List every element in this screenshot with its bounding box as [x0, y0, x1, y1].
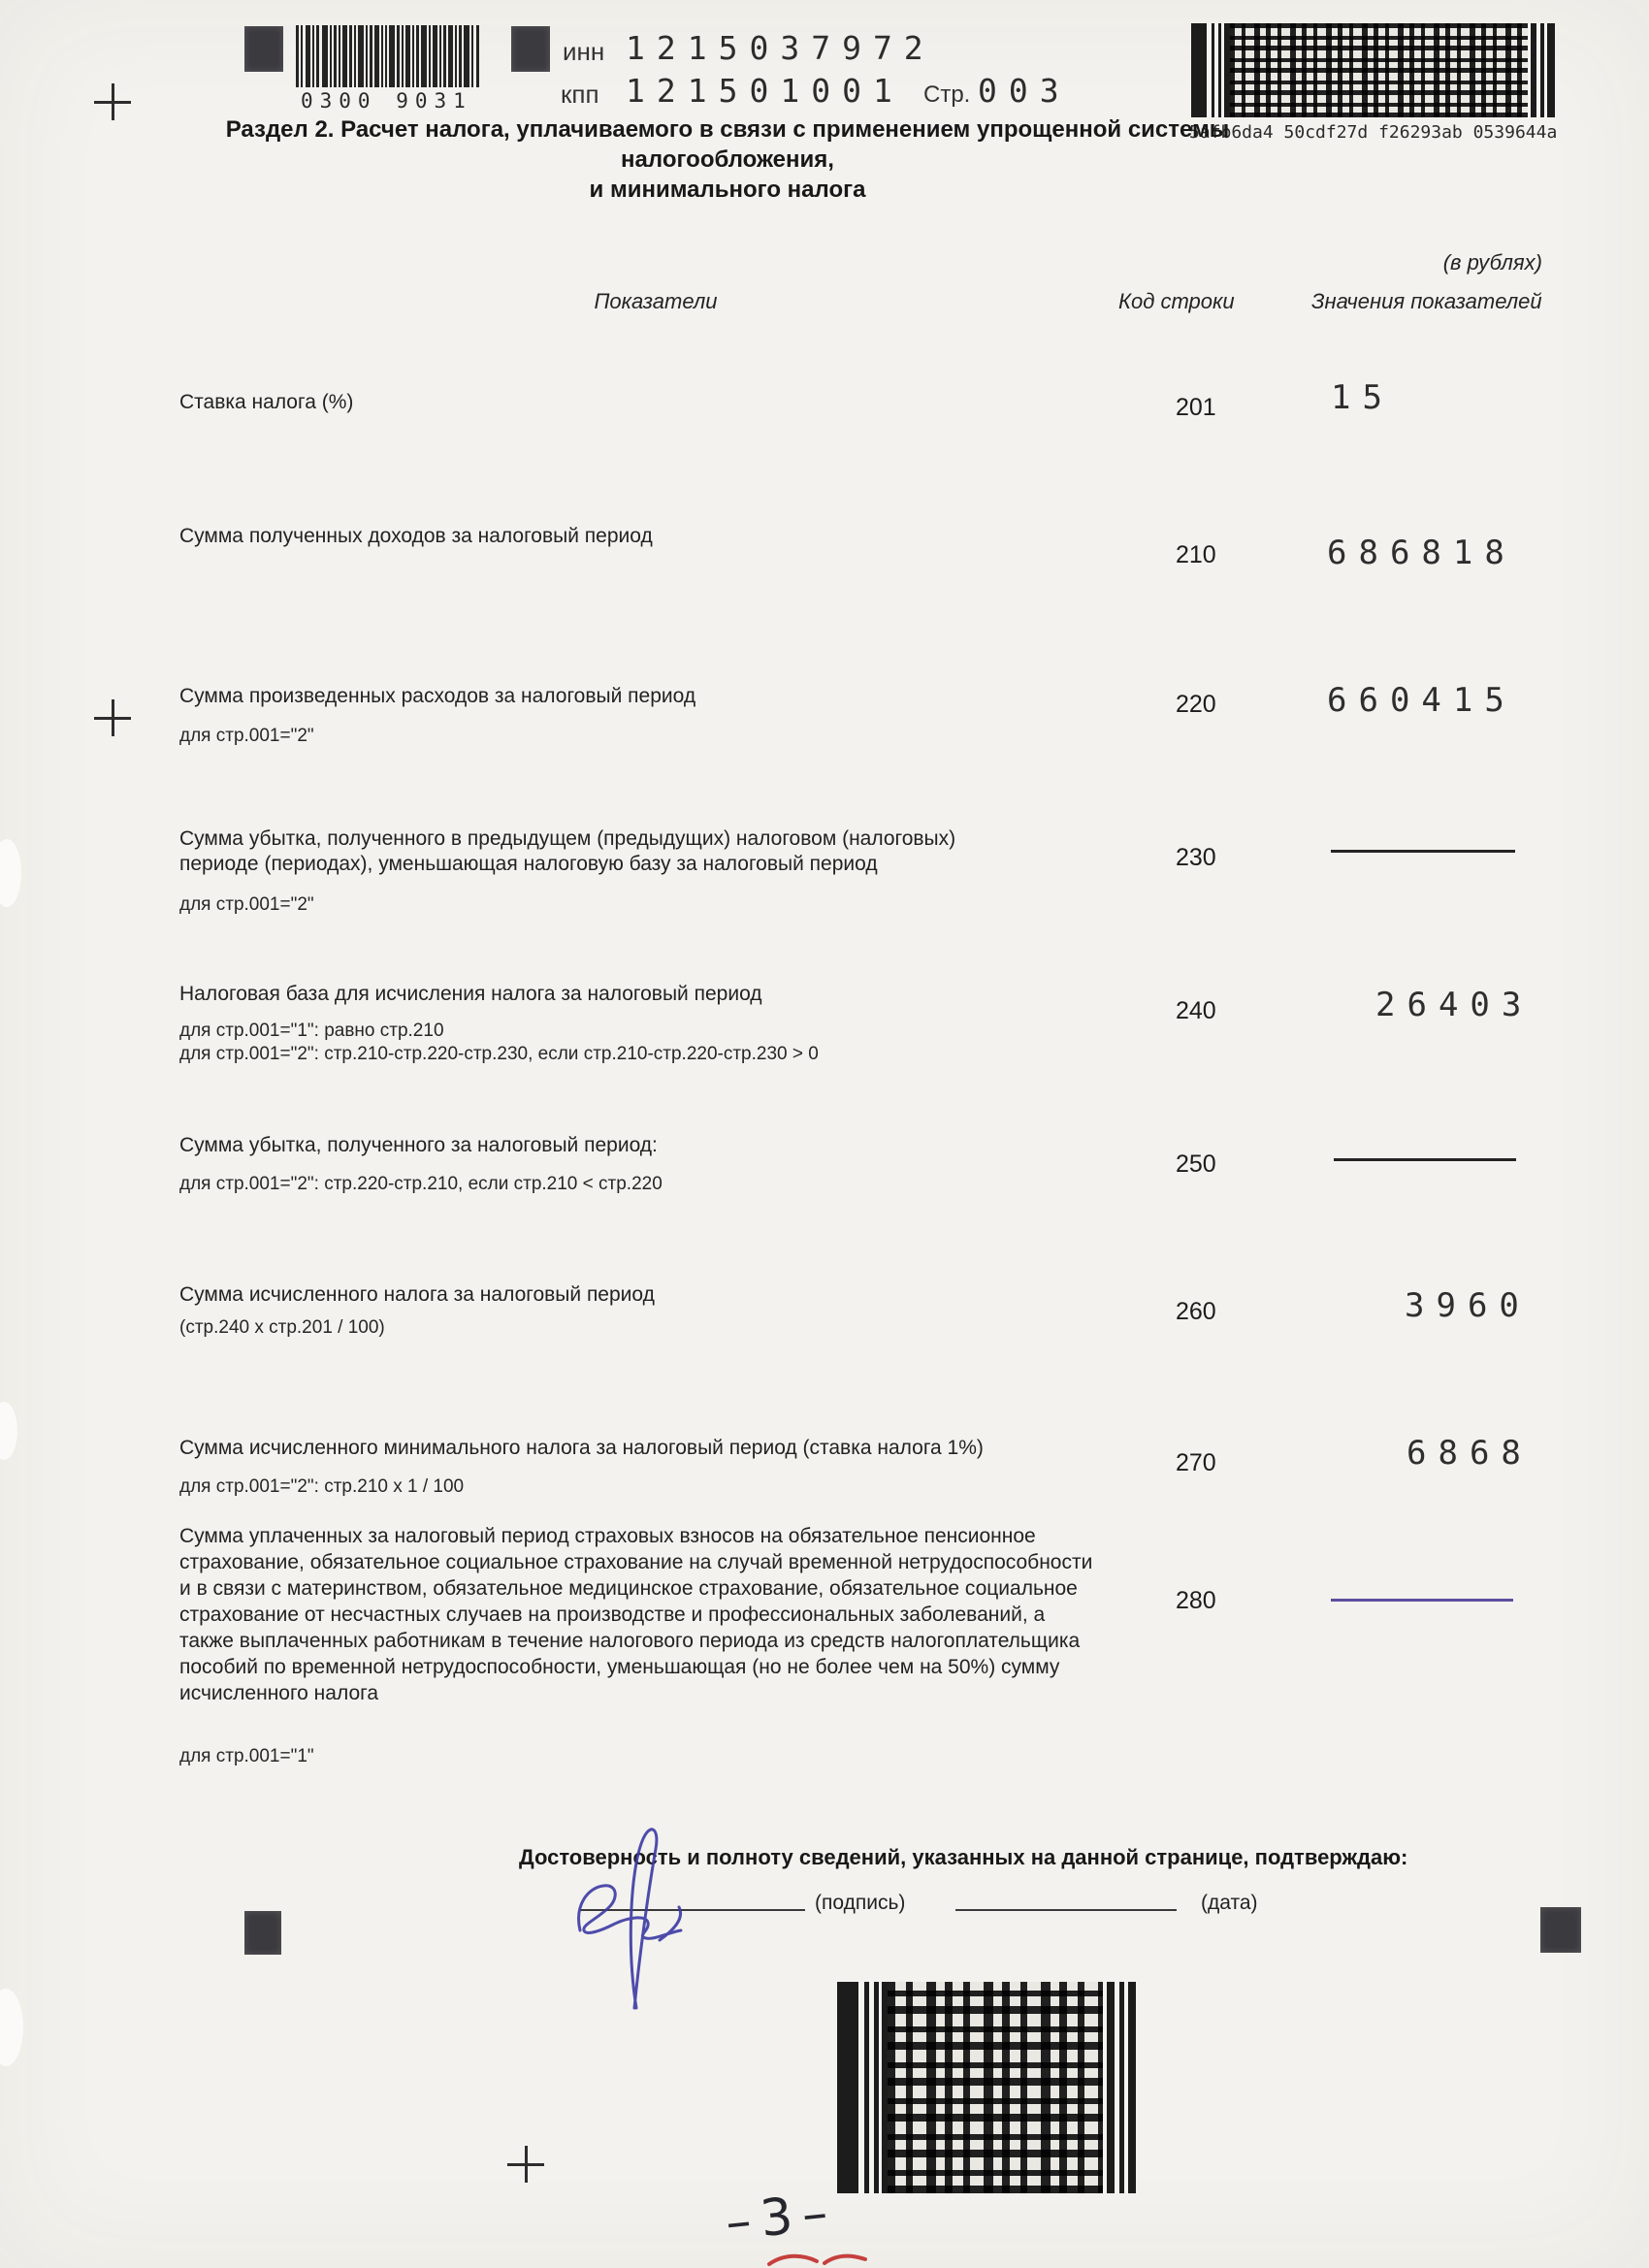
row-label: Сумма исчисленного налога за налоговый п…	[179, 1282, 1052, 1308]
column-header-code: Код строки	[1118, 289, 1235, 314]
row-label: Сумма уплаченных за налоговый период стр…	[179, 1523, 1101, 1706]
row-label: Сумма убытка, полученного за налоговый п…	[179, 1133, 1052, 1158]
row-note: для стр.001="1": равно стр.210	[179, 1021, 444, 1042]
section-title: Раздел 2. Расчет налога, уплачиваемого в…	[165, 114, 1290, 205]
barcode-number: 0300 9031	[301, 89, 472, 113]
scan-artifact	[0, 1402, 17, 1460]
barcode-start-pattern	[837, 1982, 888, 2193]
kpp-value: 121501001	[626, 72, 904, 110]
row-value: 26403	[1375, 986, 1533, 1024]
scanned-tax-form-page: 0300 9031 инн 1215037972 кпп 121501001 С…	[0, 0, 1649, 2268]
page-number: 003	[978, 72, 1071, 110]
row-code: 201	[1176, 394, 1216, 422]
row-note: для стр.001="2": стр.210-стр.220-стр.230…	[179, 1044, 819, 1065]
row-label: Сумма убытка, полученного в предыдущем (…	[179, 826, 1033, 877]
inn-value: 1215037972	[626, 29, 935, 67]
section-title-line1: Раздел 2. Расчет налога, уплачиваемого в…	[165, 114, 1290, 175]
row-label: Ставка налога (%)	[179, 390, 1052, 415]
anchor-square-icon	[244, 1911, 281, 1955]
row-empty-line	[1331, 850, 1515, 853]
row-code: 270	[1176, 1449, 1216, 1477]
page-label: Стр.	[923, 81, 970, 109]
scan-artifact	[0, 1989, 23, 2066]
barcode-data-region	[1230, 23, 1528, 117]
row-label: Налоговая база для исчисления налога за …	[179, 982, 1052, 1007]
row-value: 660415	[1327, 681, 1516, 720]
date-caption: (дата)	[1201, 1892, 1258, 1915]
signature	[543, 1816, 766, 2010]
red-ink-mark	[764, 2249, 871, 2268]
row-label: Сумма полученных доходов за налоговый пе…	[179, 524, 1052, 549]
row-value: 686818	[1327, 534, 1516, 572]
column-header-values: Значения показателей	[1311, 289, 1542, 314]
row-label: Сумма произведенных расходов за налоговы…	[179, 684, 1052, 709]
row-value: 6868	[1406, 1434, 1533, 1473]
kpp-label: кпп	[561, 80, 599, 110]
pdf417-barcode-bottom-icon	[837, 1982, 1136, 2193]
signature-caption: (подпись)	[815, 1892, 905, 1915]
row-note: для стр.001="2": стр.220-стр.210, если с…	[179, 1174, 663, 1195]
registration-cross-bottom-left	[507, 2146, 544, 2183]
row-value: 15	[1331, 378, 1394, 417]
registration-cross-top-left	[94, 83, 131, 120]
barcode-start-pattern	[1191, 23, 1230, 117]
row-code: 260	[1176, 1298, 1216, 1326]
row-empty-line	[1331, 1599, 1513, 1602]
row-value: 3960	[1405, 1286, 1531, 1325]
row-code: 220	[1176, 691, 1216, 719]
column-header-indicators: Показатели	[549, 289, 762, 314]
anchor-square-icon	[511, 26, 550, 72]
row-note: (стр.240 х стр.201 / 100)	[179, 1317, 385, 1339]
barcode-stop-pattern	[1103, 1982, 1136, 2193]
row-code: 250	[1176, 1150, 1216, 1179]
inn-label: инн	[563, 37, 604, 67]
scan-artifact	[0, 839, 21, 907]
barcode-data-region	[888, 1982, 1103, 2193]
anchor-square-icon	[244, 26, 283, 72]
row-empty-line	[1334, 1158, 1516, 1161]
row-note: для стр.001="2"	[179, 726, 314, 747]
handwritten-page-number: –3–	[723, 2183, 840, 2252]
row-code: 240	[1176, 997, 1216, 1025]
form-barcode-icon	[296, 25, 482, 87]
row-note: для стр.001="2": стр.210 х 1 / 100	[179, 1476, 464, 1498]
row-code: 210	[1176, 541, 1216, 569]
currency-note: (в рублях)	[1348, 250, 1542, 275]
date-line	[955, 1909, 1177, 1911]
registration-cross-mid-left	[94, 699, 131, 736]
pdf417-barcode-top-icon	[1191, 23, 1555, 117]
row-code: 230	[1176, 844, 1216, 872]
row-label: Сумма исчисленного минимального налога з…	[179, 1436, 1072, 1461]
row-code: 280	[1176, 1587, 1216, 1615]
barcode-stop-pattern	[1528, 23, 1555, 117]
anchor-square-icon	[1540, 1907, 1581, 1953]
section-title-line2: и минимального налога	[165, 175, 1290, 205]
row-note: для стр.001="2"	[179, 894, 314, 916]
row-note: для стр.001="1"	[179, 1746, 314, 1767]
